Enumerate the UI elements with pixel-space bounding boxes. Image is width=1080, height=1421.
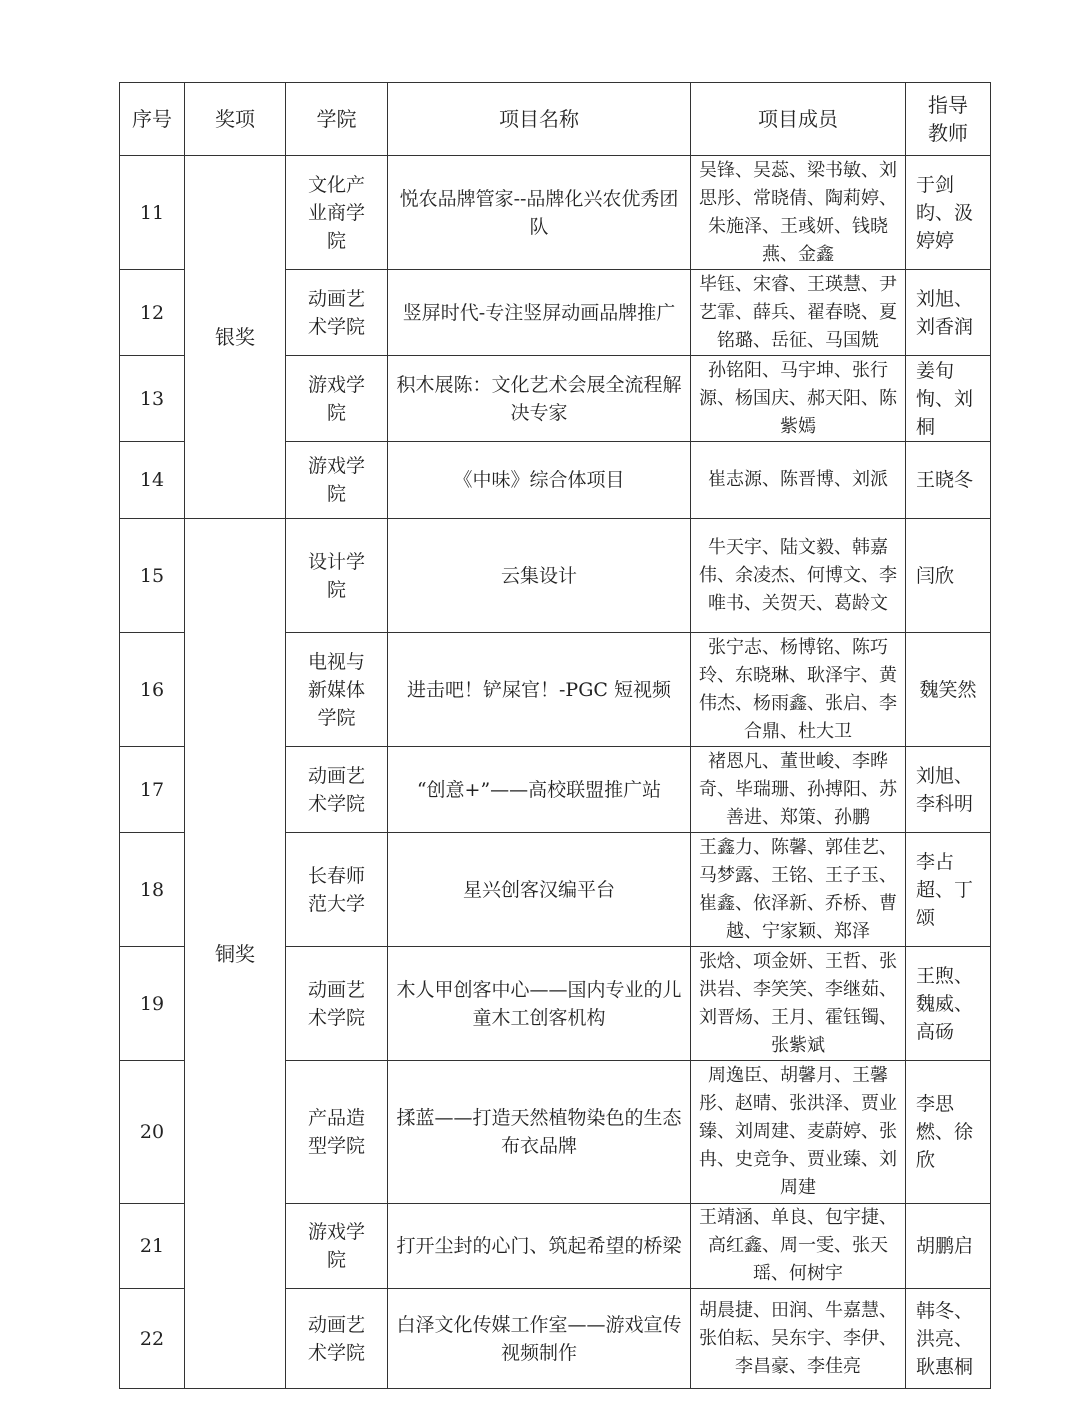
table-row-members: 张宁志、杨博铭、陈巧玲、东晓琳、耿泽宇、黄伟杰、杨雨鑫、张启、李合鼎、杜大卫 (690, 632, 906, 747)
table-row-project-name: 悦农品牌管家--品牌化兴农优秀团队 (387, 155, 691, 270)
table-row-college: 动画艺术学院 (285, 269, 388, 356)
header-college: 学院 (285, 82, 388, 156)
table-row-members: 张焓、项金妍、王哲、张洪岩、李笑笑、李继茹、刘晋炀、王月、霍钰镯、张紫斌 (690, 946, 906, 1061)
row-index: 17 (140, 776, 164, 804)
table-row-index: 12 (119, 269, 185, 356)
row-college: 游戏学院 (300, 371, 373, 427)
header-advisor: 指导教师 (905, 82, 991, 156)
row-project-name: 云集设计 (501, 562, 577, 590)
table-row-advisor: 刘旭、刘香润 (905, 269, 991, 356)
row-project-name: 木人甲创客中心——国内专业的儿童木工创客机构 (394, 976, 684, 1032)
award-group-bronze: 铜奖 (184, 518, 286, 1389)
row-advisor: 闫欣 (916, 562, 954, 590)
header-award: 奖项 (184, 82, 286, 156)
table-row-advisor: 李思燃、徐欣 (905, 1060, 991, 1204)
table-row-project-name: 揉蓝——打造天然植物染色的生态布衣品牌 (387, 1060, 691, 1204)
table-row-index: 17 (119, 746, 185, 833)
row-advisor: 刘旭、刘香润 (916, 285, 980, 341)
table-row-project-name: 星兴创客汉编平台 (387, 832, 691, 947)
row-members: 张宁志、杨博铭、陈巧玲、东晓琳、耿泽宇、黄伟杰、杨雨鑫、张启、李合鼎、杜大卫 (699, 634, 897, 746)
table-row-members: 吴锋、吴蕊、梁书敏、刘思彤、常晓倩、陶莉婷、朱施泽、王彧妍、钱晓燕、金鑫 (690, 155, 906, 270)
row-advisor: 胡鹏启 (916, 1232, 973, 1260)
table-row-college: 动画艺术学院 (285, 946, 388, 1061)
row-members: 毕钰、宋睿、王瑛慧、尹艺霏、薛兵、翟春晓、夏铭璐、岳征、马国兟 (699, 271, 897, 355)
row-members: 吴锋、吴蕊、梁书敏、刘思彤、常晓倩、陶莉婷、朱施泽、王彧妍、钱晓燕、金鑫 (699, 157, 897, 269)
row-college: 动画艺术学院 (300, 762, 373, 818)
header-college-label: 学院 (317, 105, 357, 133)
table-row-college: 产品造型学院 (285, 1060, 388, 1204)
table-row-members: 周逸臣、胡馨月、王馨彤、赵晴、张洪泽、贾业臻、刘周建、麦蔚婷、张冉、史竞争、贾业… (690, 1060, 906, 1204)
table-row-project-name: 打开尘封的心门、筑起希望的桥梁 (387, 1203, 691, 1289)
row-advisor: 韩冬、洪亮、耿惠桐 (916, 1297, 980, 1381)
row-advisor: 刘旭、李科明 (916, 762, 980, 818)
row-members: 胡晨捷、田润、牛嘉慧、张伯耘、吴东宇、李伊、李昌豪、李佳亮 (699, 1297, 897, 1381)
row-index: 16 (140, 676, 164, 704)
row-index: 15 (140, 562, 164, 590)
row-college: 设计学院 (300, 548, 373, 604)
table-row-project-name: 积木展陈：文化艺术会展全流程解决专家 (387, 355, 691, 442)
table-row-college: 文化产业商学院 (285, 155, 388, 270)
row-members: 孙铭阳、马宇坤、张行源、杨国庆、郝天阳、陈紫嫣 (699, 357, 897, 441)
table-row-members: 王靖涵、单良、包宇捷、高红鑫、周一雯、张天瑶、何树宇 (690, 1203, 906, 1289)
table-row-advisor: 姜旬恂、刘桐 (905, 355, 991, 442)
row-index: 19 (140, 990, 164, 1018)
table-row-advisor: 韩冬、洪亮、耿惠桐 (905, 1288, 991, 1389)
row-project-name: 悦农品牌管家--品牌化兴农优秀团队 (394, 185, 684, 241)
row-index: 18 (140, 876, 164, 904)
award-silver-label: 银奖 (215, 323, 255, 351)
row-college: 动画艺术学院 (300, 976, 373, 1032)
row-members: 王鑫力、陈馨、郭佳艺、马梦露、王铭、王子玉、崔鑫、依泽新、乔桥、曹越、宁家颖、郑… (699, 834, 897, 946)
table-row-project-name: 进击吧！铲屎官！-PGC 短视频 (387, 632, 691, 747)
table-row-index: 21 (119, 1203, 185, 1289)
row-college: 动画艺术学院 (300, 285, 373, 341)
header-project-name-label: 项目名称 (499, 105, 579, 133)
table-row-members: 牛天宇、陆文毅、韩嘉伟、余凌杰、何博文、李唯书、关贺天、葛龄文 (690, 518, 906, 633)
row-project-name: 星兴创客汉编平台 (463, 876, 615, 904)
row-index: 21 (140, 1232, 164, 1260)
table-row-index: 14 (119, 441, 185, 519)
row-index: 11 (140, 199, 164, 227)
header-index: 序号 (119, 82, 185, 156)
row-advisor: 王煦、魏威、高砀 (916, 962, 980, 1046)
award-group-silver: 银奖 (184, 155, 286, 519)
table-row-project-name: 白泽文化传媒工作室——游戏宣传视频制作 (387, 1288, 691, 1389)
table-row-college: 设计学院 (285, 518, 388, 633)
table-row-index: 19 (119, 946, 185, 1061)
header-project-name: 项目名称 (387, 82, 691, 156)
table-row-project-name: 《中味》综合体项目 (387, 441, 691, 519)
document-page: 序号 奖项 学院 项目名称 项目成员 指导教师 银奖 铜奖 11 文化产业商学院… (0, 0, 1080, 1421)
table-row-advisor: 胡鹏启 (905, 1203, 991, 1289)
row-advisor: 姜旬恂、刘桐 (916, 357, 980, 441)
table-row-members: 褚恩凡、董世峻、李晔奇、毕瑞珊、孙搏阳、苏善进、郑策、孙鹏 (690, 746, 906, 833)
row-college: 电视与新媒体学院 (300, 648, 373, 732)
header-index-label: 序号 (132, 105, 172, 133)
table-row-project-name: 竖屏时代-专注竖屏动画品牌推广 (387, 269, 691, 356)
table-row-members: 崔志源、陈晋博、刘派 (690, 441, 906, 519)
row-advisor: 魏笑然 (919, 676, 976, 704)
row-advisor: 李思燃、徐欣 (916, 1090, 980, 1174)
row-project-name: 打开尘封的心门、筑起希望的桥梁 (396, 1232, 681, 1260)
table-row-index: 18 (119, 832, 185, 947)
table-row-advisor: 刘旭、李科明 (905, 746, 991, 833)
table-row-college: 长春师范大学 (285, 832, 388, 947)
row-project-name: 竖屏时代-专注竖屏动画品牌推广 (403, 299, 675, 327)
row-college: 长春师范大学 (300, 862, 373, 918)
row-members: 周逸臣、胡馨月、王馨彤、赵晴、张洪泽、贾业臻、刘周建、麦蔚婷、张冉、史竞争、贾业… (699, 1062, 897, 1202)
header-members: 项目成员 (690, 82, 906, 156)
row-project-name: 揉蓝——打造天然植物染色的生态布衣品牌 (394, 1104, 684, 1160)
table-row-index: 22 (119, 1288, 185, 1389)
award-bronze-label: 铜奖 (215, 940, 255, 968)
row-index: 12 (140, 299, 164, 327)
table-row-members: 胡晨捷、田润、牛嘉慧、张伯耘、吴东宇、李伊、李昌豪、李佳亮 (690, 1288, 906, 1389)
row-college: 动画艺术学院 (300, 1311, 373, 1367)
table-row-college: 游戏学院 (285, 355, 388, 442)
table-row-index: 20 (119, 1060, 185, 1204)
table-row-advisor: 王晓冬 (905, 441, 991, 519)
row-advisor: 于剑昀、汲婷婷 (916, 171, 980, 255)
row-project-name: 白泽文化传媒工作室——游戏宣传视频制作 (394, 1311, 684, 1367)
table-row-index: 15 (119, 518, 185, 633)
table-row-advisor: 魏笑然 (905, 632, 991, 747)
row-members: 牛天宇、陆文毅、韩嘉伟、余凌杰、何博文、李唯书、关贺天、葛龄文 (699, 534, 897, 618)
row-project-name: 进击吧！铲屎官！-PGC 短视频 (407, 676, 671, 704)
header-members-label: 项目成员 (758, 105, 838, 133)
row-project-name: 《中味》综合体项目 (453, 466, 624, 494)
row-advisor: 王晓冬 (916, 466, 973, 494)
table-row-advisor: 于剑昀、汲婷婷 (905, 155, 991, 270)
row-advisor: 李占超、丁颂 (916, 848, 980, 932)
row-project-name: “创意+”——高校联盟推广站 (417, 776, 661, 804)
table-row-advisor: 王煦、魏威、高砀 (905, 946, 991, 1061)
table-row-college: 游戏学院 (285, 1203, 388, 1289)
row-index: 14 (140, 466, 164, 494)
row-project-name: 积木展陈：文化艺术会展全流程解决专家 (394, 371, 684, 427)
header-award-label: 奖项 (215, 105, 255, 133)
table-row-project-name: 云集设计 (387, 518, 691, 633)
row-members: 张焓、项金妍、王哲、张洪岩、李笑笑、李继茹、刘晋炀、王月、霍钰镯、张紫斌 (699, 948, 897, 1060)
table-row-project-name: 木人甲创客中心——国内专业的儿童木工创客机构 (387, 946, 691, 1061)
row-members: 褚恩凡、董世峻、李晔奇、毕瑞珊、孙搏阳、苏善进、郑策、孙鹏 (699, 748, 897, 832)
row-college: 产品造型学院 (300, 1104, 373, 1160)
table-row-members: 毕钰、宋睿、王瑛慧、尹艺霏、薛兵、翟春晓、夏铭璐、岳征、马国兟 (690, 269, 906, 356)
table-row-college: 动画艺术学院 (285, 746, 388, 833)
table-row-index: 13 (119, 355, 185, 442)
table-row-college: 动画艺术学院 (285, 1288, 388, 1389)
row-college: 文化产业商学院 (300, 171, 373, 255)
row-college: 游戏学院 (300, 1218, 373, 1274)
table-row-college: 电视与新媒体学院 (285, 632, 388, 747)
table-row-members: 王鑫力、陈馨、郭佳艺、马梦露、王铭、王子玉、崔鑫、依泽新、乔桥、曹越、宁家颖、郑… (690, 832, 906, 947)
row-index: 20 (140, 1118, 164, 1146)
row-index: 22 (140, 1325, 164, 1353)
row-members: 王靖涵、单良、包宇捷、高红鑫、周一雯、张天瑶、何树宇 (699, 1204, 897, 1288)
table-row-project-name: “创意+”——高校联盟推广站 (387, 746, 691, 833)
table-row-index: 11 (119, 155, 185, 270)
table-row-members: 孙铭阳、马宇坤、张行源、杨国庆、郝天阳、陈紫嫣 (690, 355, 906, 442)
header-advisor-label: 指导教师 (920, 91, 976, 147)
table-row-advisor: 闫欣 (905, 518, 991, 633)
table-row-index: 16 (119, 632, 185, 747)
table-row-college: 游戏学院 (285, 441, 388, 519)
row-college: 游戏学院 (300, 452, 373, 508)
row-index: 13 (140, 385, 164, 413)
table-row-advisor: 李占超、丁颂 (905, 832, 991, 947)
row-members: 崔志源、陈晋博、刘派 (708, 466, 888, 494)
